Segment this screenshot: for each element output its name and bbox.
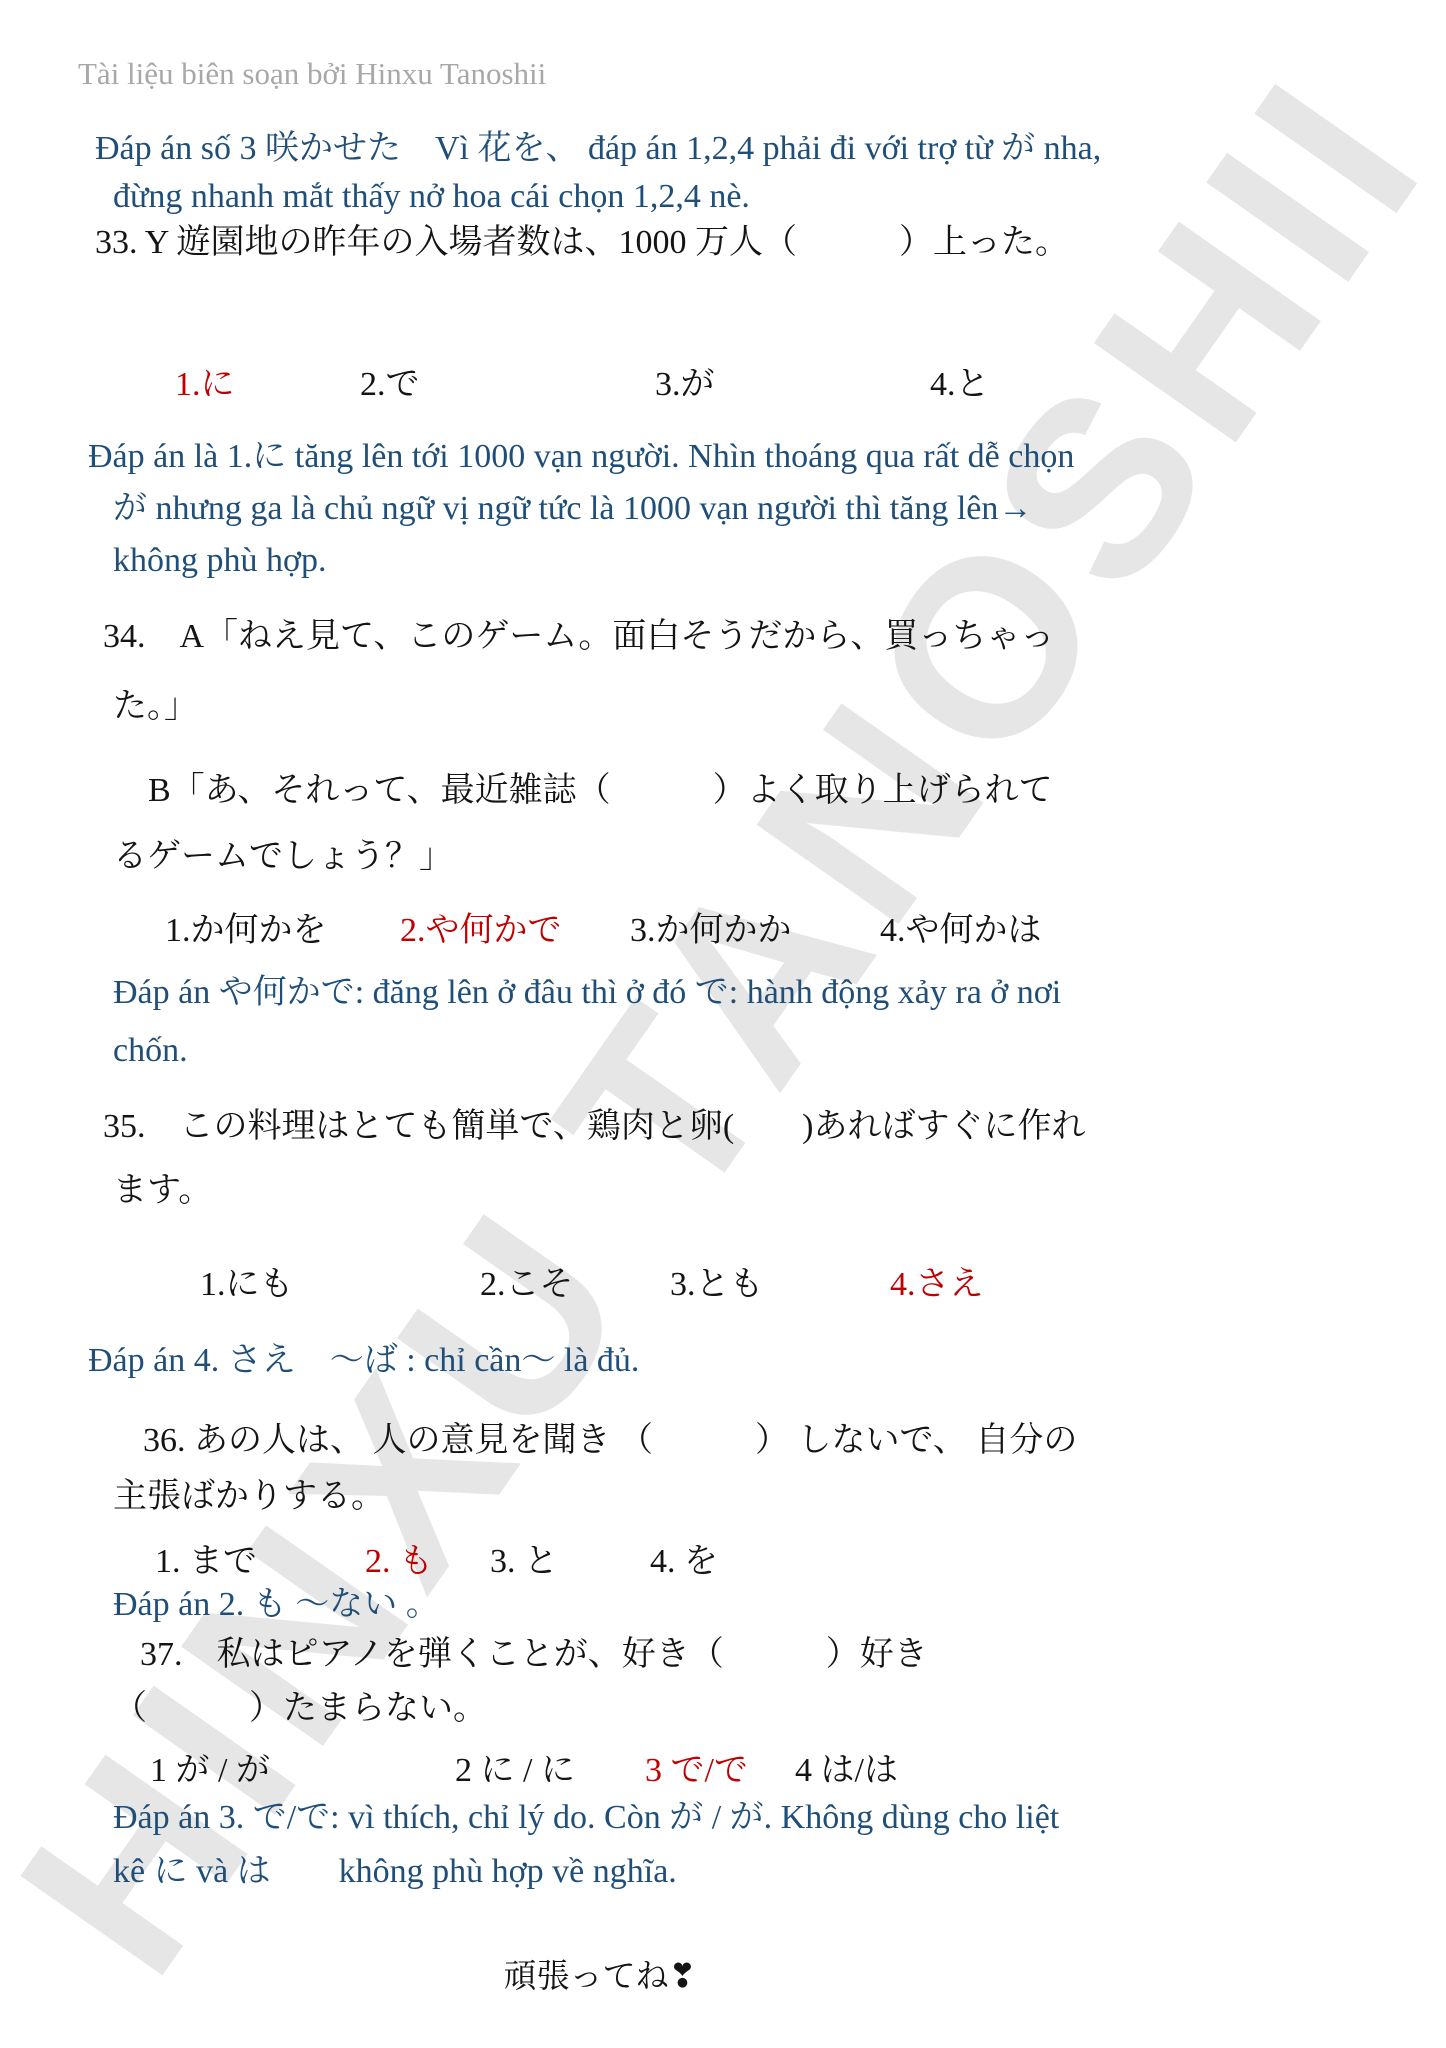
- question-36-option-2: 2. も: [365, 1533, 433, 1582]
- question-37-option-4: 4 は/は: [795, 1742, 898, 1791]
- question-35-explanation: Đáp án 4. さえ 〜ば : chỉ cần〜 là đủ.: [88, 1340, 639, 1383]
- question-36-stem-line2: 主張ばかりする。: [113, 1476, 385, 1519]
- note-32-line1: Đáp án số 3 咲かせた Vì 花を、 đáp án 1,2,4 phả…: [95, 128, 1101, 171]
- question-35-option-3: 3.とも: [670, 1256, 764, 1305]
- question-33-option-4: 4.と: [930, 356, 990, 405]
- question-33-option-1: 1.に: [175, 356, 235, 405]
- question-36-option-3: 3. と: [490, 1533, 558, 1582]
- question-35-option-1: 1.にも: [200, 1256, 294, 1305]
- question-36-option-1: 1. まで: [155, 1533, 257, 1582]
- question-33-explanation-line3: không phù hợp.: [113, 540, 326, 583]
- question-36-explanation: Đáp án 2. も 〜ない 。: [113, 1584, 440, 1627]
- question-35-options: 1.にも 2.こそ 3.とも 4.さえ: [0, 1256, 1446, 1308]
- question-36-options: 1. まで 2. も 3. と 4. を: [0, 1533, 1446, 1585]
- question-37-options: 1 が / が 2 に / に 3 で/で 4 は/は: [0, 1742, 1446, 1794]
- question-34-options: 1.か何かを 2.や何かで 3.か何かか 4.や何かは: [0, 902, 1446, 954]
- question-34-option-2: 2.や何かで: [400, 902, 562, 951]
- question-33-stem: 33. Y 遊園地の昨年の入場者数は、1000 万人（ ）上った。: [95, 222, 1069, 265]
- question-34-a-line2: た。」: [113, 686, 198, 729]
- question-37-option-3: 3 で/で: [645, 1742, 748, 1791]
- question-34-b-line2: るゲームでしょう？」: [113, 836, 453, 879]
- question-34-option-3: 3.か何かか: [630, 902, 792, 951]
- header-title: Tài liệu biên soạn bởi Hinxu Tanoshii: [78, 56, 546, 92]
- question-33-option-3: 3.が: [655, 356, 715, 405]
- question-37-stem-line2: （ ）たまらない。: [113, 1688, 487, 1731]
- question-37-stem-line1: 37. 私はピアノを弾くことが、好き（ ）好き: [140, 1634, 928, 1677]
- question-33-explanation-line2: が nhưng ga là chủ ngữ vị ngữ tức là 1000…: [113, 488, 1032, 531]
- question-34-explanation-line1: Đáp án や何かで: đăng lên ở đâu thì ở đó で: …: [113, 972, 1061, 1015]
- question-34-b-line1: B「あ、それって、最近雑誌（ ）よく取り上げられて: [148, 770, 1053, 813]
- question-35-option-2: 2.こそ: [480, 1256, 574, 1305]
- question-33-options: 1.に 2.で 3.が 4.と: [0, 356, 1446, 408]
- question-34-option-1: 1.か何かを: [165, 902, 327, 951]
- question-37-explanation-line1: Đáp án 3. で/で: vì thích, chỉ lý do. Còn …: [113, 1797, 1059, 1840]
- question-35-stem-line1: 35. この料理はとても簡単で、鶏肉と卵( )あればすぐに作れ: [103, 1106, 1085, 1149]
- question-36-option-4: 4. を: [650, 1533, 718, 1582]
- question-34-a-line1: 34. A「ねえ見て、このゲーム。面白そうだから、買っちゃっ: [103, 616, 1054, 659]
- question-34-explanation-line2: chốn.: [113, 1030, 188, 1073]
- question-36-stem-line1: 36. あの人は、 人の意見を聞き （ ） しないで、 自分の: [143, 1420, 1077, 1463]
- question-33-explanation-line1: Đáp án là 1.に tăng lên tới 1000 vạn ngườ…: [88, 436, 1074, 479]
- question-35-stem-line2: ます。: [113, 1170, 212, 1213]
- question-35-option-4: 4.さえ: [890, 1256, 984, 1305]
- footer-message: 頑張ってね❣: [0, 1950, 1200, 1997]
- question-37-option-2: 2 に / に: [455, 1742, 575, 1791]
- question-33-option-2: 2.で: [360, 356, 420, 405]
- note-32-line2: đừng nhanh mắt thấy nở hoa cái chọn 1,2,…: [113, 176, 750, 219]
- question-37-option-1: 1 が / が: [150, 1742, 270, 1791]
- question-34-option-4: 4.や何かは: [880, 902, 1042, 951]
- question-37-explanation-line2: kê に và は không phù hợp về nghĩa.: [113, 1851, 677, 1894]
